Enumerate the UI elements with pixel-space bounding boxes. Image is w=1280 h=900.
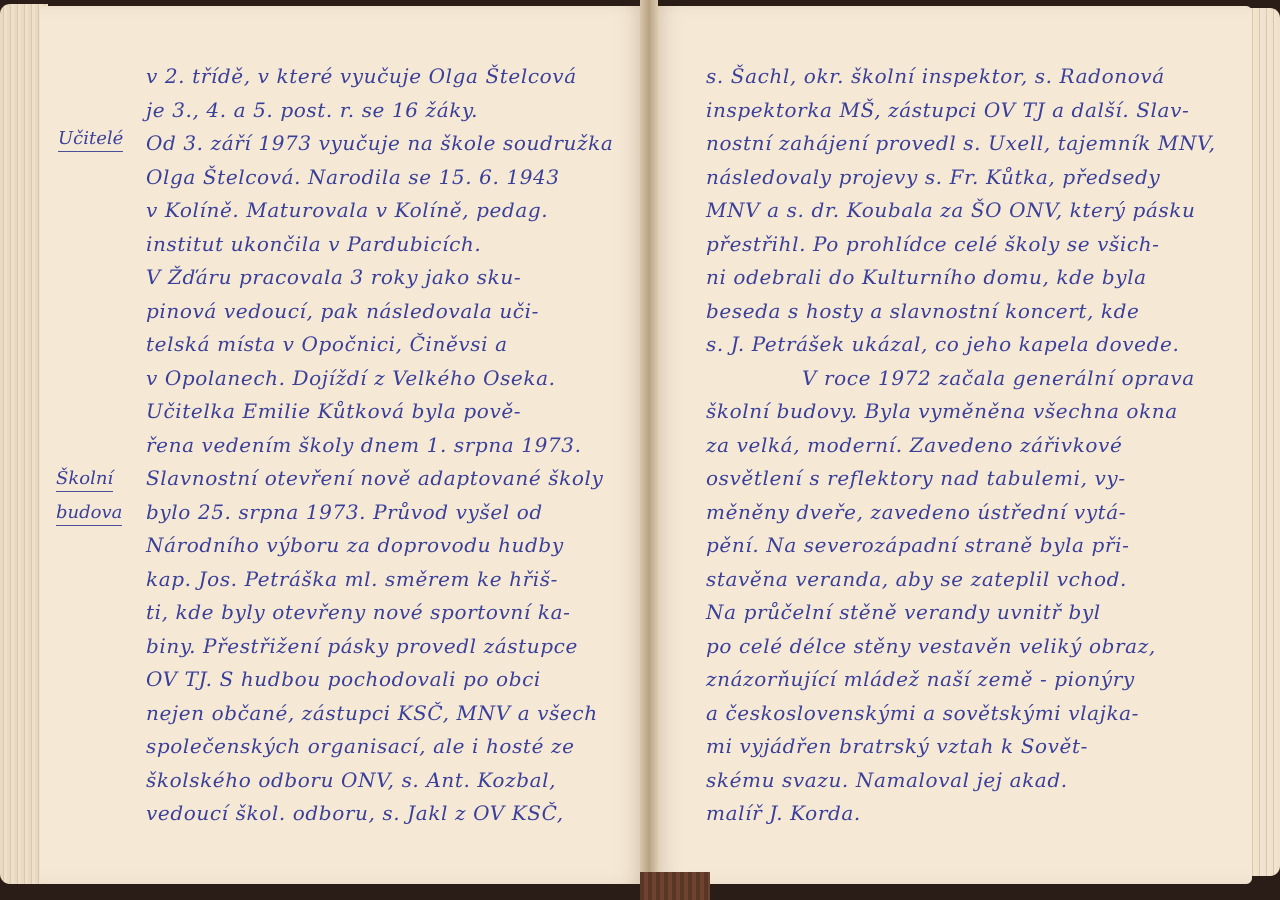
margin-note-teachers: Učitelé xyxy=(58,128,123,152)
text-line: následovaly projevy s. Fr. Kůtka, předse… xyxy=(706,161,1216,195)
text-line: nejen občané, zástupci KSČ, MNV a všech xyxy=(146,697,613,731)
book-gutter xyxy=(640,0,658,900)
text-line: nostní zahájení provedl s. Uxell, tajemn… xyxy=(706,127,1216,161)
text-line: Olga Štelcová. Narodila se 15. 6. 1943 xyxy=(146,161,613,195)
text-line: MNV a s. dr. Koubala za ŠO ONV, který pá… xyxy=(706,194,1216,228)
text-line: V Žďáru pracovala 3 roky jako sku- xyxy=(146,261,613,295)
text-line: institut ukončila v Pardubicích. xyxy=(146,228,613,262)
text-line: s. Šachl, okr. školní inspektor, s. Rado… xyxy=(706,60,1216,94)
text-line: pění. Na severozápadní straně byla při- xyxy=(706,529,1216,563)
text-line: po celé délce stěny vestavěn veliký obra… xyxy=(706,630,1216,664)
text-line: Národního výboru za doprovodu hudby xyxy=(146,529,613,563)
text-line: kap. Jos. Petráška ml. směrem ke hřiš- xyxy=(146,563,613,597)
text-line: ti, kde byly otevřeny nové sportovní ka- xyxy=(146,596,613,630)
text-line: za velká, moderní. Zavedeno zářivkové xyxy=(706,429,1216,463)
open-book: Učitelé Školní budova v 2. třídě, v kter… xyxy=(0,0,1280,900)
text-line: přestřihl. Po prohlídce celé školy se vš… xyxy=(706,228,1216,262)
text-line: malíř J. Korda. xyxy=(706,797,1216,831)
text-line-paragraph-start: V roce 1972 začala generální oprava xyxy=(706,362,1216,396)
right-page: s. Šachl, okr. školní inspektor, s. Rado… xyxy=(652,6,1252,884)
text-line: telská místa v Opočnici, Činěvsi a xyxy=(146,328,613,362)
text-line: znázorňující mládež naší země - pionýry xyxy=(706,663,1216,697)
text-line: Slavnostní otevření nově adaptované škol… xyxy=(146,462,613,496)
text-line: v Kolíně. Maturovala v Kolíně, pedag. xyxy=(146,194,613,228)
text-line: bylo 25. srpna 1973. Průvod vyšel od xyxy=(146,496,613,530)
text-line: školského odboru ONV, s. Ant. Kozbal, xyxy=(146,764,613,798)
text-line: skému svazu. Namaloval jej akad. xyxy=(706,764,1216,798)
text-line: stavěna veranda, aby se zateplil vchod. xyxy=(706,563,1216,597)
ribbon-bookmark xyxy=(640,872,710,900)
margin-note-school: Školní xyxy=(56,468,113,492)
text-line: biny. Přestřižení pásky provedl zástupce xyxy=(146,630,613,664)
text-line: mi vyjádřen bratrský vztah k Sovět- xyxy=(706,730,1216,764)
text-line: v Opolanech. Dojíždí z Velkého Oseka. xyxy=(146,362,613,396)
text-line: Na průčelní stěně verandy uvnitř byl xyxy=(706,596,1216,630)
text-line: pinová vedoucí, pak následovala uči- xyxy=(146,295,613,329)
text-line: měněny dveře, zavedeno ústřední vytá- xyxy=(706,496,1216,530)
text-line: osvětlení s reflektory nad tabulemi, vy- xyxy=(706,462,1216,496)
text-line: společenských organisací, ale i hosté ze xyxy=(146,730,613,764)
text-line: je 3., 4. a 5. post. r. se 16 žáky. xyxy=(146,94,613,128)
text-line: Učitelka Emilie Kůtková byla pově- xyxy=(146,395,613,429)
text-line: a československými a sovětskými vlajka- xyxy=(706,697,1216,731)
text-line: beseda s hosty a slavnostní koncert, kde xyxy=(706,295,1216,329)
text-line: školní budovy. Byla vyměněna všechna okn… xyxy=(706,395,1216,429)
text-line: v 2. třídě, v které vyučuje Olga Štelcov… xyxy=(146,60,613,94)
right-page-text: s. Šachl, okr. školní inspektor, s. Rado… xyxy=(706,60,1216,831)
text-line: řena vedením školy dnem 1. srpna 1973. xyxy=(146,429,613,463)
margin-note-building: budova xyxy=(56,502,122,526)
text-line: inspektorka MŠ, zástupci OV TJ a další. … xyxy=(706,94,1216,128)
text-line: OV TJ. S hudbou pochodovali po obci xyxy=(146,663,613,697)
text-line: Od 3. září 1973 vyučuje na škole soudruž… xyxy=(146,127,613,161)
text-line: s. J. Petrášek ukázal, co jeho kapela do… xyxy=(706,328,1216,362)
text-line: vedoucí škol. odboru, s. Jakl z OV KSČ, xyxy=(146,797,613,831)
text-line: ni odebrali do Kulturního domu, kde byla xyxy=(706,261,1216,295)
left-page-text: v 2. třídě, v které vyučuje Olga Štelcov… xyxy=(146,60,613,831)
left-page: Učitelé Školní budova v 2. třídě, v kter… xyxy=(40,6,646,884)
